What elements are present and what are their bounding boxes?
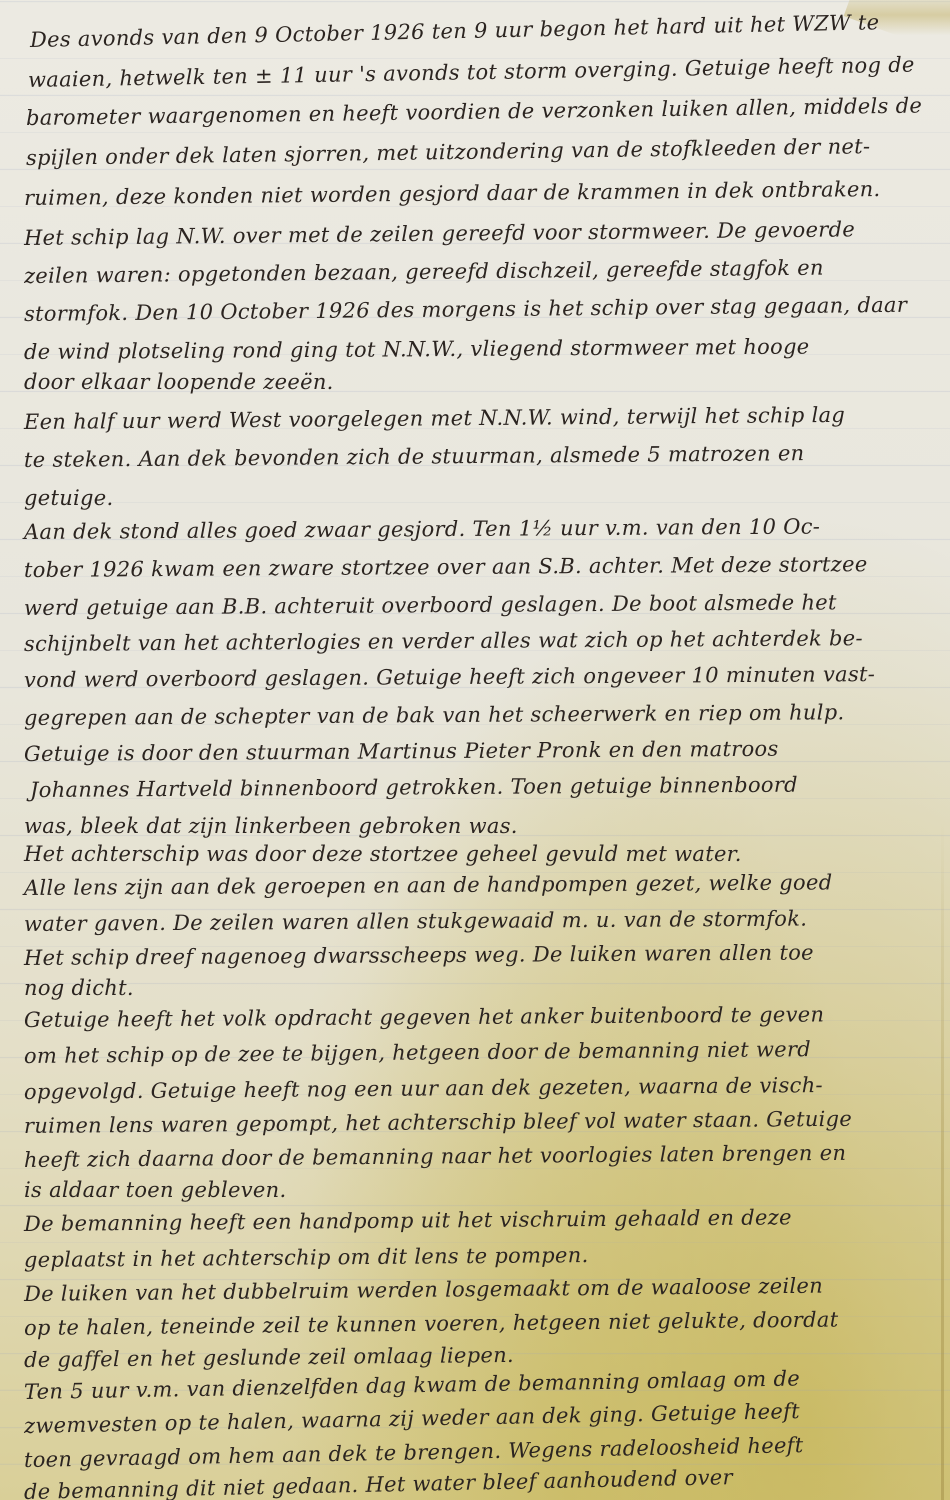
text-line: de bemanning dit niet gedaan. Het water … — [24, 1465, 733, 1500]
text-line: de wind plotseling rond ging tot N.N.W.,… — [24, 335, 810, 364]
text-line: door elkaar loopende zeeën. — [24, 370, 334, 394]
text-line: Johannes Hartveld binnenboord getrokken.… — [30, 773, 798, 802]
text-line: Het achterschip was door deze stortzee g… — [24, 842, 742, 866]
text-line: Het schip dreef nagenoeg dwarsscheeps we… — [24, 940, 814, 970]
text-line: is aldaar toen gebleven. — [24, 1178, 286, 1202]
text-line: om het schip op de zee te bijgen, hetgee… — [24, 1037, 811, 1068]
text-line: Des avonds van den 9 October 1926 ten 9 … — [30, 10, 880, 52]
text-line: Getuige is door den stuurman Martinus Pi… — [24, 737, 779, 766]
text-line: stormfok. Den 10 October 1926 des morgen… — [24, 293, 907, 326]
text-line: De bemanning heeft een handpomp uit het … — [24, 1205, 792, 1236]
text-line: was, bleek dat zijn linkerbeen gebroken … — [24, 814, 518, 838]
text-line: barometer waargenomen en heeft voordien … — [26, 93, 922, 130]
text-line: heeft zich daarna door de bemanning naar… — [24, 1141, 846, 1172]
text-line: getuige. — [24, 486, 114, 510]
text-line: geplaatst in het achterschip om dit lens… — [24, 1243, 589, 1272]
text-line: Aan dek stond alles goed zwaar gesjord. … — [24, 514, 820, 544]
text-line: te steken. Aan dek bevonden zich de stuu… — [24, 441, 805, 472]
text-line: de gaffel en het geslunde zeil omlaag li… — [24, 1343, 514, 1372]
text-line: water gaven. De zeilen waren allen stukg… — [24, 907, 807, 936]
text-line: opgevolgd. Getuige heeft nog een uur aan… — [24, 1073, 823, 1104]
handwritten-text: Des avonds van den 9 October 1926 ten 9 … — [0, 0, 950, 1500]
text-line: Ten 5 uur v.m. van dienzelfden dag kwam … — [24, 1366, 800, 1404]
text-line: Het schip lag N.W. over met de zeilen ge… — [24, 217, 855, 250]
text-line: Alle lens zijn aan dek geroepen en aan d… — [24, 870, 833, 900]
text-line: zwemvesten op te halen, waarna zij weder… — [24, 1399, 800, 1438]
text-line: spijlen onder dek laten sjorren, met uit… — [26, 134, 871, 170]
text-line: tober 1926 kwam een zware stortzee over … — [24, 552, 868, 582]
text-line: De luiken van het dubbelruim werden losg… — [24, 1274, 823, 1306]
text-line: Getuige heeft het volk opdracht gegeven … — [24, 1002, 824, 1032]
text-line: vond werd overboord geslagen. Getuige he… — [24, 662, 875, 692]
text-line: nog dicht. — [24, 976, 134, 1000]
text-line: zeilen waren: opgetonden bezaan, gereefd… — [24, 256, 824, 288]
text-line: schijnbelt van het achterlogies en verde… — [24, 626, 863, 656]
text-line: op te halen, teneinde zeil te kunnen voe… — [24, 1307, 839, 1340]
text-line: Een half uur werd West voorgelegen met N… — [24, 403, 845, 434]
text-line: werd getuige aan B.B. achteruit overboor… — [24, 590, 837, 620]
text-line: ruimen, deze konden niet worden gesjord … — [24, 177, 881, 210]
text-line: ruimen lens waren gepompt, het achtersch… — [24, 1107, 852, 1138]
document-page: Des avonds van den 9 October 1926 ten 9 … — [0, 0, 950, 1500]
text-line: waaien, hetwelk ten ± 11 uur 's avonds t… — [28, 53, 915, 92]
text-line: gegrepen aan de schepter van de bak van … — [24, 700, 845, 730]
